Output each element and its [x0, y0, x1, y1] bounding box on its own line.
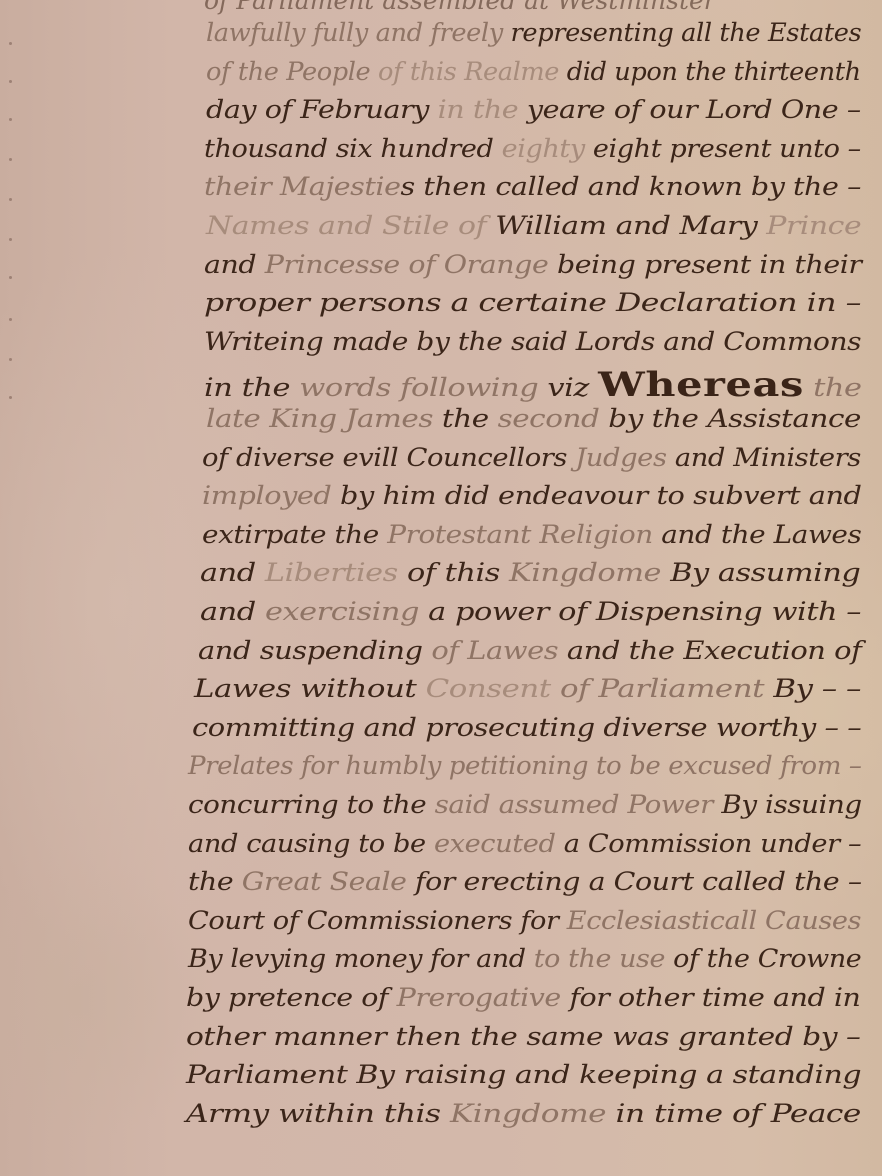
line-segment: a Commission under – — [564, 829, 861, 858]
line-segment: exercising — [265, 597, 428, 626]
manuscript-line: committing and prosecuting diverse worth… — [192, 713, 861, 742]
manuscript-line: lawfully fully and freely representing a… — [206, 18, 861, 47]
line-segment: of this — [407, 558, 509, 587]
line-segment: imployed — [202, 481, 340, 510]
line-segment: thousand six hundred — [204, 134, 502, 163]
manuscript-line: Parliament By raising and keeping a stan… — [186, 1060, 861, 1089]
line-segment: by the Assistance — [608, 404, 861, 433]
manuscript-line: By levying money for and to the use of t… — [188, 944, 861, 973]
line-segment: By – – — [773, 674, 861, 703]
line-segment: viz — [547, 373, 598, 402]
line-segment: of — [458, 211, 495, 240]
line-segment: for other time and in — [569, 983, 860, 1012]
manuscript-line: in the words following viz Whereas the — [204, 365, 862, 405]
line-segment: By levying money for and — [188, 944, 534, 973]
line-segment: eight present unto – — [593, 134, 861, 163]
line-segment: proper persons a certaine Declaration in… — [204, 288, 861, 317]
line-segment: and the Execution of — [567, 636, 862, 665]
manuscript-line: proper persons a certaine Declaration in… — [204, 288, 861, 317]
line-segment: Consent — [426, 674, 560, 703]
line-segment: Court of Commissioners for — [188, 906, 567, 935]
line-segment: Writeing made by the said Lords and Comm… — [204, 327, 861, 356]
line-segment: Kingdome — [509, 558, 670, 587]
line-segment: representing all the Estates — [511, 18, 862, 47]
line-segment: of diverse evill Councellors — [202, 443, 575, 472]
manuscript-line: extirpate the Protestant Religion and th… — [202, 520, 861, 549]
manuscript-line: and causing to be executed a Commission … — [188, 829, 861, 858]
line-segment: eighty — [502, 134, 593, 163]
line-segment: second — [498, 404, 609, 433]
line-segment: the — [442, 404, 498, 433]
line-segment: Judges — [575, 443, 675, 472]
manuscript-line: thousand six hundred eighty eight presen… — [204, 134, 861, 163]
line-segment: the — [804, 373, 862, 402]
manuscript-line: other manner then the same was granted b… — [186, 1022, 860, 1051]
line-segment: day of February — [206, 95, 438, 124]
line-segment: late King James — [206, 404, 442, 433]
line-segment: executed — [434, 829, 564, 858]
line-segment: Kingdome — [450, 1099, 616, 1128]
manuscript-line: and suspending of Lawes and the Executio… — [198, 636, 861, 665]
line-segment: to the use — [534, 944, 673, 973]
line-segment: of Parliament — [560, 674, 773, 703]
line-segment: of this Realme — [378, 57, 567, 86]
line-segment: and — [200, 597, 265, 626]
manuscript-line: and Princesse of Orange being present in… — [204, 250, 862, 279]
manuscript-line: the Great Seale for erecting a Court cal… — [188, 867, 862, 896]
line-segment: Army within this — [186, 1099, 450, 1128]
line-segment: Ecclesiasticall Causes — [567, 906, 861, 935]
line-segment: the — [188, 867, 242, 896]
line-segment: By issuing — [721, 790, 861, 819]
manuscript-line: concurring to the said assumed Power By … — [188, 790, 862, 819]
line-segment: did upon the thirteenth — [567, 57, 861, 86]
line-segment: yeare of our Lord One – — [527, 95, 861, 124]
line-segment: in time of Peace — [616, 1099, 861, 1128]
line-segment: by pretence of — [186, 983, 397, 1012]
line-segment: Liberties — [265, 558, 407, 587]
line-segment: Parliament By raising and keeping a stan… — [186, 1060, 861, 1089]
line-segment: in the — [204, 373, 299, 402]
line-segment: Lawes without — [194, 674, 426, 703]
line-segment: Princesse of Orange — [265, 250, 557, 279]
line-segment: Great Seale — [242, 867, 415, 896]
line-segment: By assuming — [670, 558, 860, 587]
manuscript-line: Prelates for humbly petitioning to be ex… — [188, 751, 861, 780]
line-segment: and — [204, 250, 265, 279]
line-segment: Prince — [766, 211, 861, 240]
line-segment: s then called and known by the – — [401, 172, 861, 201]
manuscript-line: Court of Commissioners for Ecclesiastica… — [188, 906, 861, 935]
decorated-initial-word: Whereas — [598, 365, 804, 405]
cut-off-top-line: of Parliament assembled at Westminster — [204, 0, 716, 15]
line-segment: of Lawes — [431, 636, 567, 665]
line-segment: extirpate the — [202, 520, 387, 549]
manuscript-line: and exercising a power of Dispensing wit… — [200, 597, 861, 626]
manuscript-line: of diverse evill Councellors Judges and … — [202, 443, 861, 472]
line-segment: for erecting a Court called the – — [415, 867, 862, 896]
manuscript-line: their Majesties then called and known by… — [204, 172, 861, 201]
line-segment: their Majestie — [204, 172, 401, 201]
manuscript-line: day of February in the yeare of our Lord… — [206, 95, 861, 124]
manuscript-line: late King James the second by the Assist… — [206, 404, 861, 433]
manuscript-text: of Parliament assembled at Westminster l… — [0, 0, 882, 1176]
line-segment: being present in their — [557, 250, 862, 279]
line-segment: and — [200, 558, 265, 587]
manuscript-line: and Liberties of this Kingdome By assumi… — [200, 558, 860, 587]
line-segment: and Ministers — [675, 443, 861, 472]
line-segment: words following — [299, 373, 547, 402]
line-segment: by him did endeavour to subvert and — [340, 481, 861, 510]
line-segment: of the Crowne — [673, 944, 861, 973]
line-segment: of the People — [206, 57, 378, 86]
line-segment: and the Lawes — [661, 520, 861, 549]
manuscript-line: Lawes without Consent of Parliament By –… — [194, 674, 861, 703]
line-segment: committing and prosecuting diverse worth… — [192, 713, 861, 742]
manuscript-line: imployed by him did endeavour to subvert… — [202, 481, 861, 510]
manuscript-line: Writeing made by the said Lords and Comm… — [204, 327, 861, 356]
line-segment: other manner then the same was granted b… — [186, 1022, 860, 1051]
line-segment: Protestant Religion — [387, 520, 661, 549]
line-segment: a power of Dispensing with – — [428, 597, 861, 626]
manuscript-line: Names and Stile of William and Mary Prin… — [206, 211, 861, 240]
line-segment: concurring to the — [188, 790, 435, 819]
line-segment: and causing to be — [188, 829, 434, 858]
line-segment: Names and Stile — [206, 211, 458, 240]
line-segment: said assumed Power — [435, 790, 722, 819]
manuscript-line: by pretence of Prerogative for other tim… — [186, 983, 860, 1012]
line-segment: William and Mary — [495, 211, 766, 240]
manuscript-line: of the People of this Realme did upon th… — [206, 57, 861, 86]
line-segment: in the — [438, 95, 527, 124]
line-segment: and suspending — [198, 636, 431, 665]
line-segment: lawfully fully and freely — [206, 18, 511, 47]
line-segment: Prelates for humbly petitioning to be ex… — [188, 751, 861, 780]
line-segment: Prerogative — [397, 983, 570, 1012]
manuscript-line: Army within this Kingdome in time of Pea… — [186, 1099, 861, 1128]
